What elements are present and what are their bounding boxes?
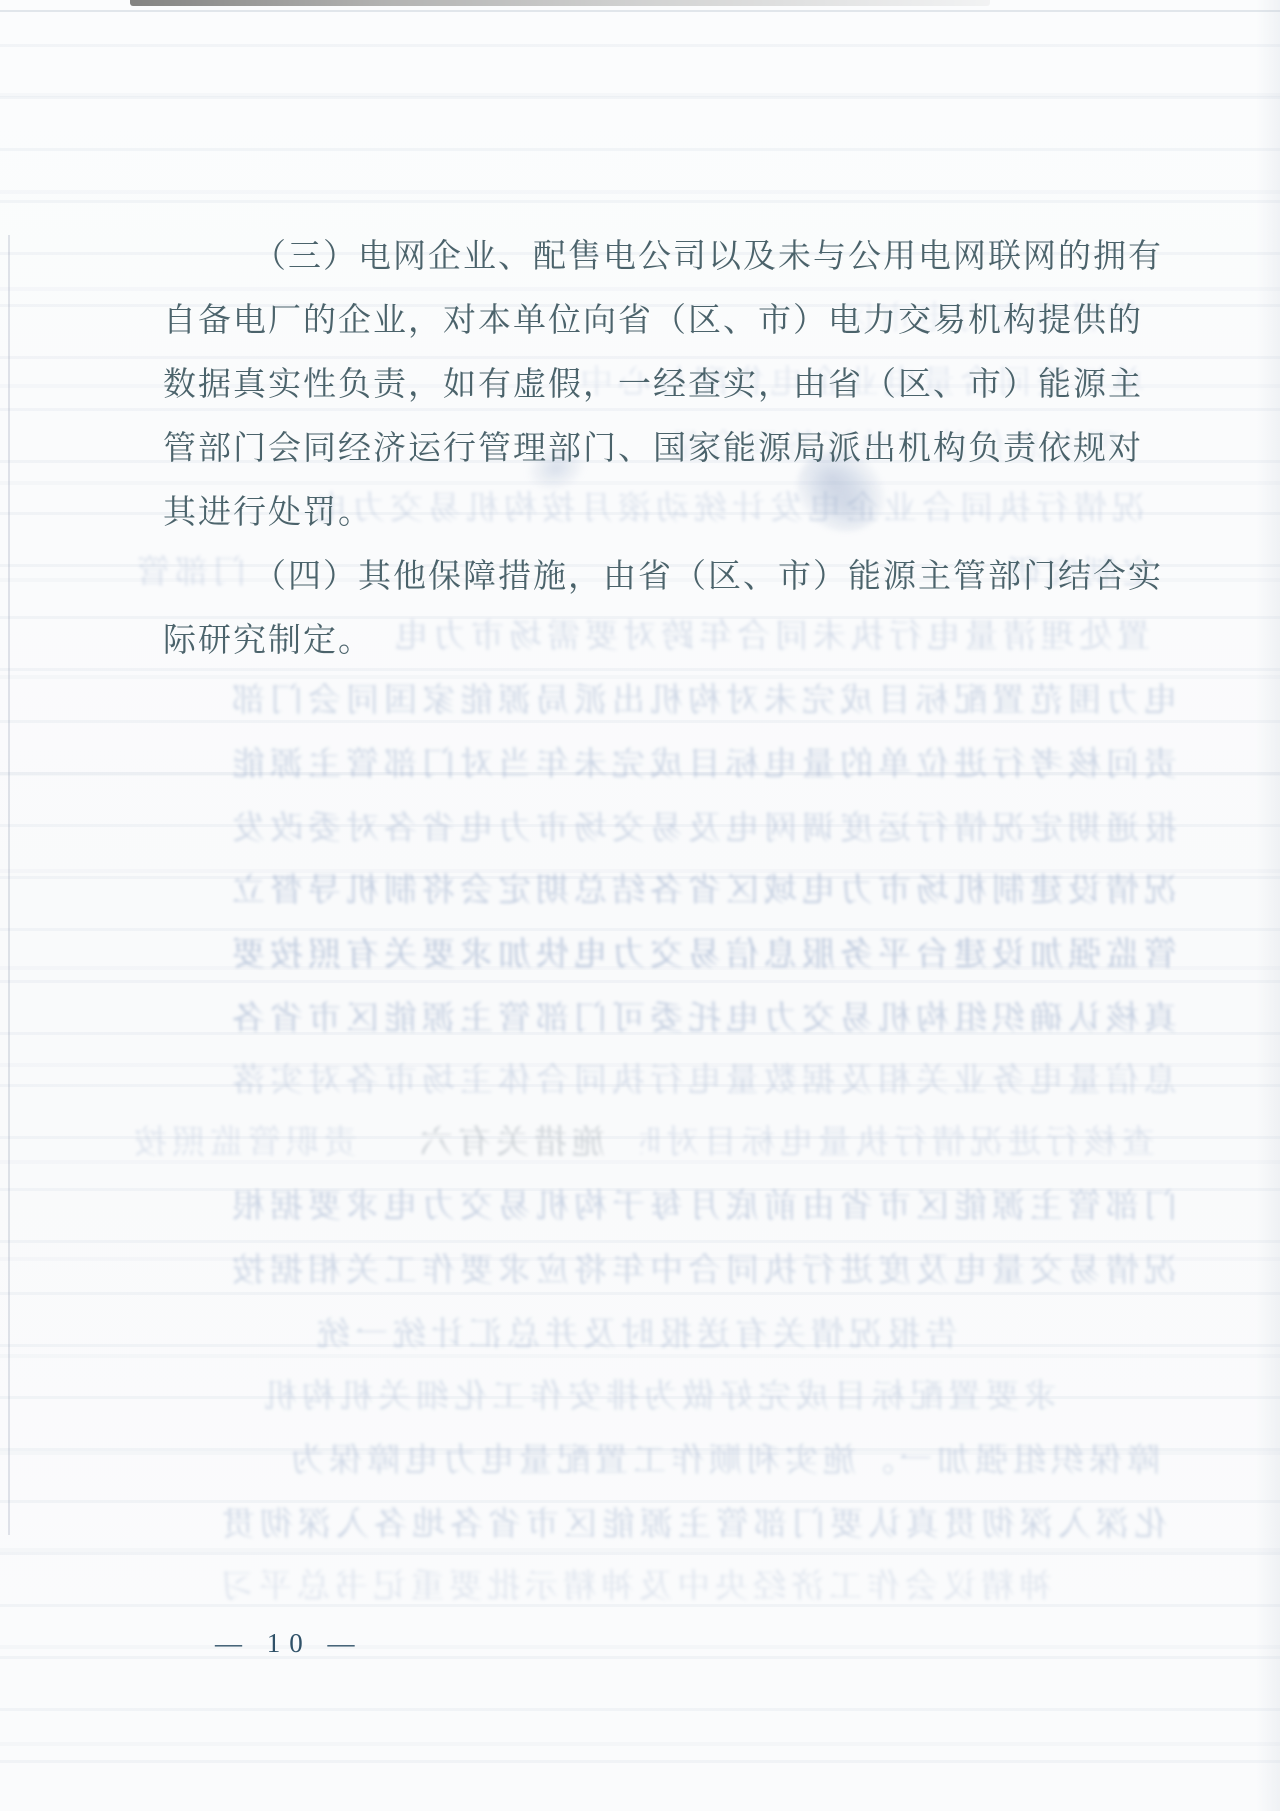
- body-line: 数据真实性负责，如有虚假，一经查实，由省（区、市）能源主: [163, 353, 1128, 417]
- bleedthrough-line: 责职管监照按: [122, 1120, 357, 1166]
- bleedthrough-line: 报通期定况情行运度调网电及易交场市力电省各对委改发: [122, 806, 1177, 852]
- scan-top-line-artifact: [0, 10, 1280, 12]
- body-line: 际研究制定。: [163, 609, 1128, 673]
- page-edge-shadow: [1256, 0, 1280, 1811]
- bleedthrough-line: 电力围范置配标目成完未对构机出派局源能家国同会门部: [122, 678, 1177, 724]
- page-fold-line: [8, 235, 10, 1535]
- bleedthrough-line: 施措关有六: [370, 1120, 605, 1166]
- bleedthrough-line: 查核行进况情行执量电标目对时及并: [640, 1120, 1155, 1166]
- body-line: 自备电厂的企业，对本单位向省（区、市）电力交易机构提供的: [163, 289, 1128, 353]
- bleedthrough-line: 况情设建制机场市力电域区省各结总期定会将制机导督立: [122, 868, 1177, 914]
- scanned-document-page: 构机易交力电市区省向单订签同合量电业企电售配与心中理办息信放市单订签同合量况情行…: [0, 0, 1280, 1811]
- body-line: 管部门会同经济运行管理部门、国家能源局派出机构负责依规对: [163, 417, 1128, 481]
- bleedthrough-line: 求要置配标目成完好做为排安作工化细关机构机: [232, 1374, 1057, 1420]
- bleedthrough-line: 障保织组强加一。施实利顺作工置配量电力电障保为: [255, 1438, 1160, 1484]
- document-body: （三）电网企业、配售电公司以及未与公用电网联网的拥有自备电厂的企业，对本单位向省…: [163, 225, 1128, 673]
- bleedthrough-line: 责问核考行进位单的量电标目成完未年当对门部管主源能: [122, 742, 1177, 788]
- bleedthrough-line: 管监强加设建台平务服息信易交力电快加求要关有照按要: [122, 932, 1177, 978]
- bleedthrough-line: 况情易交量电及度进行执同合中年将应求要作工关相据按: [122, 1248, 1177, 1294]
- bleedthrough-line: 门部管主源能区市省由前底月每于构机易交力电求要据根: [122, 1184, 1177, 1230]
- body-line: 其进行处罚。: [163, 481, 1128, 545]
- bleedthrough-line: 告报况情关有送报时及并总汇计统一统: [148, 1312, 958, 1358]
- body-line: （四）其他保障措施，由省（区、市）能源主管部门结合实: [163, 545, 1128, 609]
- page-number: — 10 —: [215, 1628, 364, 1659]
- bleedthrough-line: 化深入深彻贯真认要门部管主源能区市省各地各入深彻贯: [92, 1502, 1167, 1548]
- scan-top-edge-artifact: [130, 0, 990, 6]
- bleedthrough-line: 神精议会作工济经央中及神精示批要重记书总平习: [92, 1564, 1052, 1610]
- bleedthrough-line: 真核认确织组构机易交力电托委可门部管主源能区市省各: [122, 996, 1177, 1042]
- body-line: （三）电网企业、配售电公司以及未与公用电网联网的拥有: [163, 225, 1128, 289]
- bleedthrough-line: 息信量电务业关相及据数量电行执同合体主场市各对实落: [122, 1058, 1177, 1104]
